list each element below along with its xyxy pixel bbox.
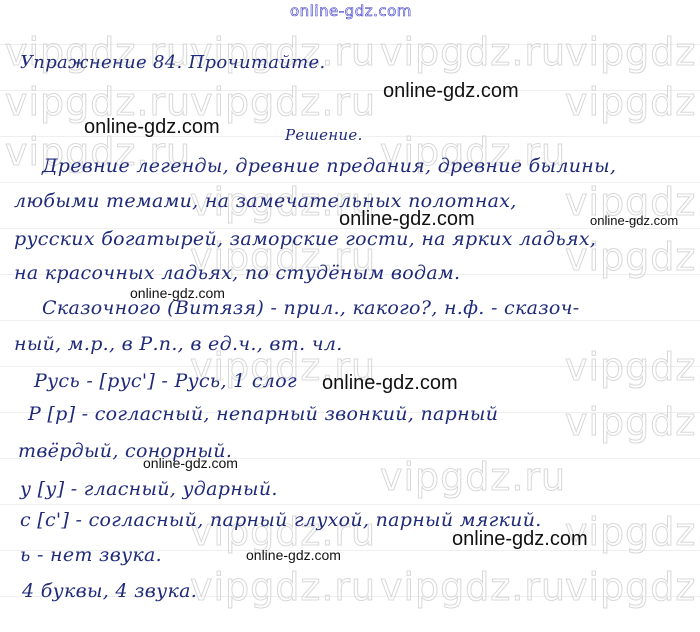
exercise-title: Упражнение 84. Прочитайте. <box>20 52 325 73</box>
site-link[interactable]: online-gdz.com <box>290 2 412 20</box>
watermark-vipgdz: vipgdz.ru <box>565 565 700 609</box>
watermark-vipgdz: vipgdz.ru <box>565 30 700 74</box>
watermark-vipgdz: vipgdz.ru <box>565 80 700 124</box>
watermark-online-gdz: online-gdz.com <box>590 213 678 228</box>
text-line: Сказочного (Витязя) - прил., какого?, н.… <box>42 297 579 319</box>
watermark-online-gdz: online-gdz.com <box>383 80 519 103</box>
watermark-online-gdz: online-gdz.com <box>452 528 588 551</box>
watermark-online-gdz: online-gdz.com <box>322 372 458 395</box>
ruled-line <box>0 504 700 505</box>
text-line: русских богатырей, заморские гости, на я… <box>14 228 596 250</box>
watermark-vipgdz: vipgdz.ru <box>565 400 700 444</box>
watermark-online-gdz: online-gdz.com <box>339 208 475 231</box>
watermark-vipgdz: vipgdz.ru <box>190 565 376 609</box>
text-line: у [у] - гласный, ударный. <box>20 478 278 500</box>
text-line: Древние легенды, древние предания, древн… <box>42 155 616 177</box>
text-line: 4 буквы, 4 звука. <box>22 580 197 602</box>
watermark-vipgdz: vipgdz.ru <box>565 345 700 389</box>
watermark-vipgdz: vipgdz.ru <box>380 565 566 609</box>
text-line: ь - нет звука. <box>20 544 162 566</box>
ruled-line <box>0 320 700 321</box>
watermark-vipgdz: vipgdz.ru <box>380 30 566 74</box>
text-line: ный, м.р., в Р.п., в ед.ч., вт. чл. <box>14 333 343 355</box>
solution-heading: Решение. <box>285 126 363 144</box>
watermark-online-gdz: online-gdz.com <box>246 547 341 563</box>
text-line: Русь - [рус'] - Русь, 1 слог <box>34 370 297 392</box>
watermark-online-gdz: online-gdz.com <box>143 455 238 471</box>
text-line: на красочных ладьях, по студёным водам. <box>14 262 460 284</box>
watermark-vipgdz: vipgdz.ru <box>380 455 566 499</box>
watermark-online-gdz: online-gdz.com <box>84 116 220 139</box>
text-line: Р [р] - согласный, непарный звонкий, пар… <box>28 403 498 425</box>
watermark-online-gdz: online-gdz.com <box>130 285 225 301</box>
